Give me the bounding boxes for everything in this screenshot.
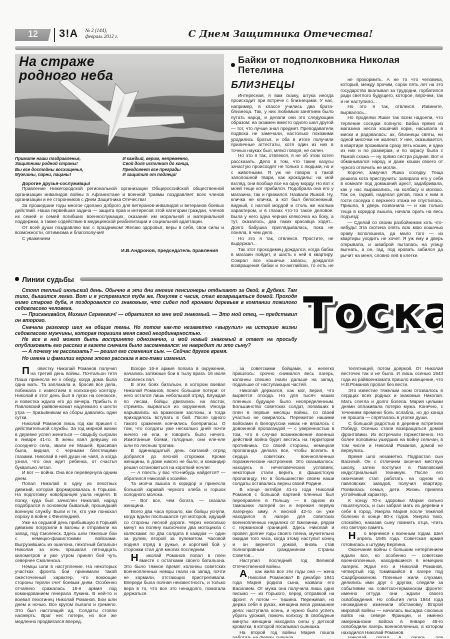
tales-columns: БЛИЗНЕЦЫ Интересная, я вам скажу, штука … [231, 77, 443, 269]
article-paragraph: Вскоре 16-я армия попала в окружение, на… [124, 366, 226, 383]
article-paragraph: Немцы шли в наступление. На некоторых уч… [15, 564, 117, 625]
article-paragraph: Уже на седьмой день прибывшую в Горький … [15, 520, 117, 564]
tales-section-label: Байки от подполковника Николая Петелина [238, 55, 443, 75]
article-paragraph: — А поесть у вас что-нибудь найдется? — … [124, 470, 226, 481]
intro-paragraph: Но имена и фамилии героев этого рассказа… [15, 356, 443, 362]
letter-paragraph: С уважением [15, 236, 224, 242]
article-paragraph: Короче, замучил Яшка соседку. Теща решил… [341, 170, 444, 220]
article-paragraph: Это известие тяжелым эхом отозвалось в с… [341, 388, 443, 421]
article-paragraph: Попал Николай в одну из пехотных дивизий… [15, 481, 117, 520]
headline-line2: родного неба [19, 68, 113, 83]
article-paragraph: Та молча вышла в коридор и принесла боль… [124, 481, 226, 498]
poem-line: И защитит от подлеца! [123, 172, 225, 178]
fate-section-header: Линии судьбы [15, 275, 443, 284]
poem-right-column: И каждый, верим, непременно,Свой долг ис… [123, 156, 225, 178]
story-title: Тоска [303, 288, 443, 342]
article-paragraph: телятницей, потом дояркой. От Николая ве… [341, 366, 443, 388]
letter-signature: И.В.Андронов, председатель правления [15, 249, 224, 254]
congratulation-letter: Дорогие друзья-сослуживцы!Правление Ниже… [15, 181, 224, 247]
article-paragraph: Николай Романов попал в плен вместе с ос… [124, 553, 226, 597]
article-paragraph: Так этот проходимец дождался, когда бабк… [231, 247, 334, 269]
article-paragraph: Но это я так, отвлекся. Извините, вырвал… [341, 104, 444, 115]
article-paragraph: за советскими бойцами, и нелегко пришлос… [233, 366, 335, 388]
article-paragraph: Николай попал в лагерь для перемещенных … [341, 635, 443, 638]
masthead: 12 3!А № 2 (144), февраль 2012 г. С Днем… [15, 27, 443, 44]
newspaper-page: 12 3!А № 2 (144), февраль 2012 г. С Днем… [0, 0, 450, 639]
poem-left-column: Примите наши поздравленья,Защитники родн… [15, 156, 117, 178]
article-paragraph: С большой радостью в деревне встретили П… [341, 421, 443, 454]
top-section: На страже родного неба Примите наши позд… [15, 54, 443, 269]
fate-column-1: Повестку Николай Романов получил на трет… [15, 366, 117, 638]
issue-info: № 2 (144), февраль 2012 г. [85, 29, 118, 41]
section-bullet-icon [15, 277, 19, 281]
article-paragraph: — Вот все, чем богата, — сказала женщина… [124, 498, 226, 509]
article-paragraph: Но это я так, отвлекся. Простите, не выд… [231, 236, 334, 247]
article-paragraph: На второй год войны Мария пошла работать… [233, 630, 335, 638]
article-paragraph: Наступил последний год Великой Отечестве… [233, 558, 335, 569]
section-rule [80, 277, 443, 281]
lead-headline: На страже родного неба [19, 55, 113, 84]
fate-column-4: телятницей, потом дояркой. От Николая ве… [341, 366, 443, 638]
letter-paragraph: Правление Нижегородской региональной орг… [15, 186, 224, 203]
article-paragraph: Николай держался, как мог, верил, что вы… [233, 388, 335, 487]
tales-column-2: не прокормить. А не то что человека, кот… [341, 77, 444, 269]
airplane-photo: На страже родного неба [15, 54, 224, 153]
fate-section-label: Линии судьбы [22, 275, 74, 284]
tales-column-1: БЛИЗНЕЦЫ Интересная, я вам скажу, штука … [231, 77, 334, 269]
article-paragraph: Интересная, я вам скажу, штука иногда пр… [231, 93, 334, 154]
tales-article: Байки от подполковника Николая Петелина … [231, 54, 443, 269]
article-paragraph: В конце октября 41-го года Николай Роман… [233, 487, 335, 559]
fate-body-columns: Повестку Николай Романов получил на трет… [15, 366, 443, 638]
article-paragraph: Но вернемся к военным годам. Шел апрель … [341, 531, 443, 548]
article-paragraph: — Сделай со своим разбойником хоть что-н… [341, 220, 444, 259]
tales-title: БЛИЗНЕЦЫ [231, 80, 334, 91]
article-paragraph: К концу 70-х здоровье Марии сильно пошат… [341, 498, 443, 531]
article-paragraph: Но это я так, отвлекся, я не об этом хот… [231, 153, 334, 236]
fate-column-3: за советскими бойцами, и нелегко пришлос… [233, 366, 335, 638]
article-paragraph: В этих боях батальон, в котором воевал Н… [124, 382, 226, 448]
article-paragraph: Окончания войны с большим нетерпением жд… [341, 547, 443, 635]
article-paragraph: не прокормить. А не то что человека, кот… [341, 77, 444, 105]
article-paragraph: Но проделки Яшки так всем надоели, что т… [341, 115, 444, 170]
lead-article: На страже родного неба Примите наши позд… [15, 54, 224, 269]
article-paragraph: Всего два часа прошло, как бойцы уснули,… [124, 509, 226, 553]
article-paragraph: Время шло незаметно. Подрастал сын Васил… [341, 454, 443, 498]
page-number: 12 [15, 29, 51, 41]
section-bullet-icon [231, 63, 235, 67]
tales-column-1-text: Интересная, я вам скажу, штука иногда пр… [231, 93, 334, 269]
letter-paragraph: От всей души поздравляю вас с праздником… [15, 225, 224, 236]
article-paragraph: И вот — война. Она все перевернула одним… [15, 470, 117, 481]
newspaper-logo: 3!А [59, 27, 78, 41]
greeting-poem: Примите наши поздравленья,Защитники родн… [15, 156, 224, 178]
tales-section-header: Байки от подполковника Николая Петелина [231, 55, 443, 75]
article-paragraph: Николай Романов лишь год как пришел с де… [15, 421, 117, 471]
article-paragraph: А как жила все эти годы она — жена Никол… [233, 569, 335, 630]
masthead-rule [15, 46, 443, 50]
headline-line1: На страже [19, 54, 95, 69]
issue-date: февраль 2012 г. [85, 35, 118, 41]
holiday-motto: С Днем Защитника Отечества! [118, 29, 443, 40]
article-paragraph: В одиннадцатый день скитаний отряд добра… [124, 448, 226, 470]
masthead-divider [54, 28, 55, 42]
fate-intro-block: Тоска Стоял теплый июльский день. Обычно… [15, 288, 443, 362]
article-paragraph: Повестку Николай Романов получил на трет… [15, 366, 117, 421]
fate-column-2: Вскоре 16-я армия попала в окружение, на… [124, 366, 226, 638]
letter-paragraph: За прошедшие годы многое сделано доброго… [15, 203, 224, 225]
poem-line: Мужчины, парни, пацаны! [15, 172, 117, 178]
